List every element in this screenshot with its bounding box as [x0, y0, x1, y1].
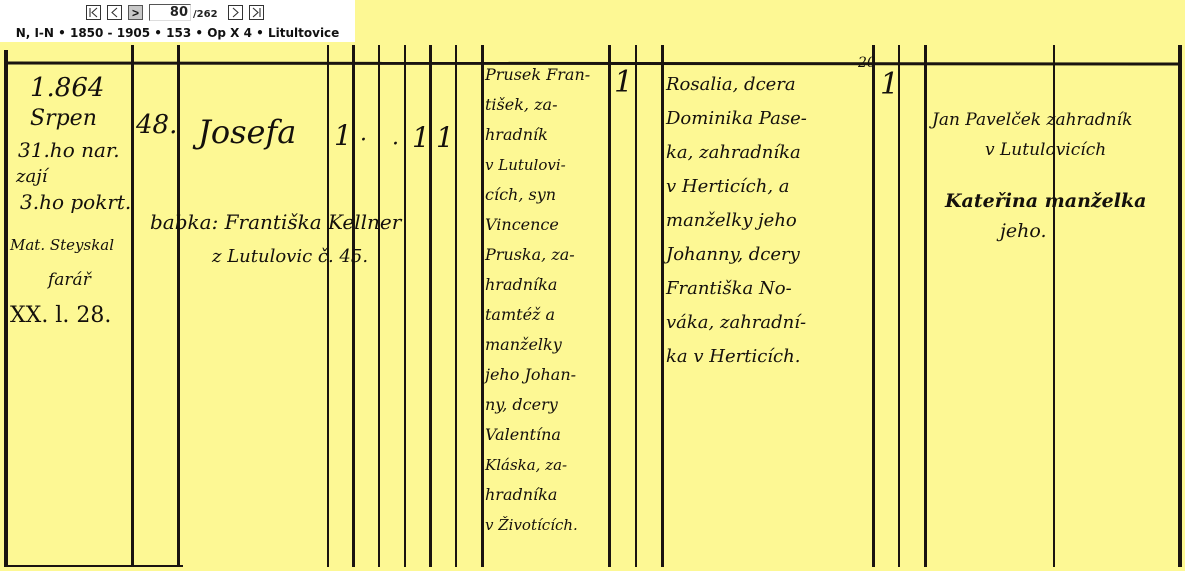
column-line [352, 45, 355, 567]
mother-line: váka, zahradní- [666, 306, 872, 340]
midwife-place: z Lutulovic č. 45. [212, 248, 368, 266]
first-page-icon [88, 7, 99, 18]
father-line: jeho Johan- [485, 360, 609, 390]
column-line [378, 45, 380, 567]
go-icon: > [132, 7, 139, 19]
mother-age: 20 [858, 56, 876, 70]
column-line [1178, 45, 1182, 567]
mark-column-2: · [360, 130, 367, 152]
record-birth-day: 31.ho nar. [18, 140, 120, 160]
father-line: Kláska, za- [485, 450, 609, 480]
father-line: hradník [485, 120, 609, 150]
record-year: 1.864 [30, 75, 104, 101]
column-line [327, 45, 329, 567]
column-line [635, 45, 637, 567]
record-reference: XX. l. 28. [10, 305, 111, 327]
mark-column-5: 1 [436, 124, 454, 152]
mother-line: ka, zahradníka [666, 136, 872, 170]
mother-mark: 1 [880, 70, 899, 100]
bottom-rule [5, 565, 183, 567]
mother-line: Rosalia, dcera [666, 68, 872, 102]
first-page-button[interactable] [86, 5, 101, 20]
mark-column-1: 1 [334, 122, 352, 150]
column-line [4, 50, 8, 567]
father-line: v Lutulovi- [485, 150, 609, 180]
father-line: tišek, za- [485, 90, 609, 120]
total-pages: /262 [193, 9, 218, 20]
father-entry: Prusek Fran- tišek, za- hradník v Lutulo… [485, 60, 609, 540]
godparent-line: jeho. [1000, 222, 1047, 241]
mother-line: Dominika Pase- [666, 102, 872, 136]
record-month: Srpen [30, 108, 97, 130]
child-name: Josefa [198, 116, 296, 148]
record-birth-label: zají [16, 168, 48, 186]
column-line [481, 45, 484, 567]
mother-line: v Herticích, a [666, 170, 872, 204]
mother-line: ka v Herticích. [666, 340, 872, 374]
mother-line: Johanny, dcery [666, 238, 872, 272]
father-line: ny, dcery [485, 390, 609, 420]
next-page-button[interactable] [228, 5, 243, 20]
last-page-icon [251, 7, 262, 18]
mother-entry: Rosalia, dcera Dominika Pase- ka, zahrad… [666, 68, 872, 374]
midwife: babka: Františka Kellner [150, 212, 401, 232]
record-baptism-day: 3.ho pokrt. [20, 192, 131, 212]
column-line [661, 45, 664, 567]
next-page-icon [230, 7, 241, 18]
column-line [924, 45, 927, 567]
father-mark: 1 [614, 68, 633, 98]
godparent-line: v Lutulovicích [985, 142, 1106, 159]
record-priest: Mat. Steyskal [10, 238, 114, 253]
godparent-line: Kateřina manželka [945, 192, 1146, 211]
father-line: tamtéž a [485, 300, 609, 330]
page-navigation-toolbar: > /262 N, I-N • 1850 - 1905 • 153 • Op X… [0, 0, 355, 42]
column-line [872, 45, 875, 567]
column-line [177, 45, 180, 567]
previous-page-icon [109, 7, 120, 18]
father-line: cích, syn [485, 180, 609, 210]
mother-line: Františka No- [666, 272, 872, 306]
godparent-line: Jan Pavelček zahradník [932, 112, 1132, 129]
father-line: Pruska, za- [485, 240, 609, 270]
column-line [404, 45, 406, 567]
last-page-button[interactable] [249, 5, 264, 20]
father-line: Vincence [485, 210, 609, 240]
father-line: v Životících. [485, 510, 609, 540]
go-button[interactable]: > [128, 5, 143, 20]
column-line [455, 45, 457, 567]
mark-column-4: 1 [412, 124, 430, 152]
father-line: Prusek Fran- [485, 60, 609, 90]
previous-page-button[interactable] [107, 5, 122, 20]
pagination-controls: > /262 [86, 4, 270, 21]
page-number-input[interactable] [149, 4, 191, 21]
father-line: manželky [485, 330, 609, 360]
column-line [131, 45, 134, 567]
mark-column-3: · [392, 134, 399, 156]
father-line: hradníka [485, 270, 609, 300]
register-page-scan: 1.864 Srpen 31.ho nar. zají 3.ho pokrt. … [0, 0, 1185, 571]
mother-line: manželky jeho [666, 204, 872, 238]
column-line [898, 45, 900, 567]
register-caption: N, I-N • 1850 - 1905 • 153 • Op X 4 • Li… [0, 26, 355, 40]
father-line: Valentína [485, 420, 609, 450]
father-line: hradníka [485, 480, 609, 510]
record-priest-title: farář [48, 272, 91, 289]
house-number: 48. [136, 112, 177, 138]
